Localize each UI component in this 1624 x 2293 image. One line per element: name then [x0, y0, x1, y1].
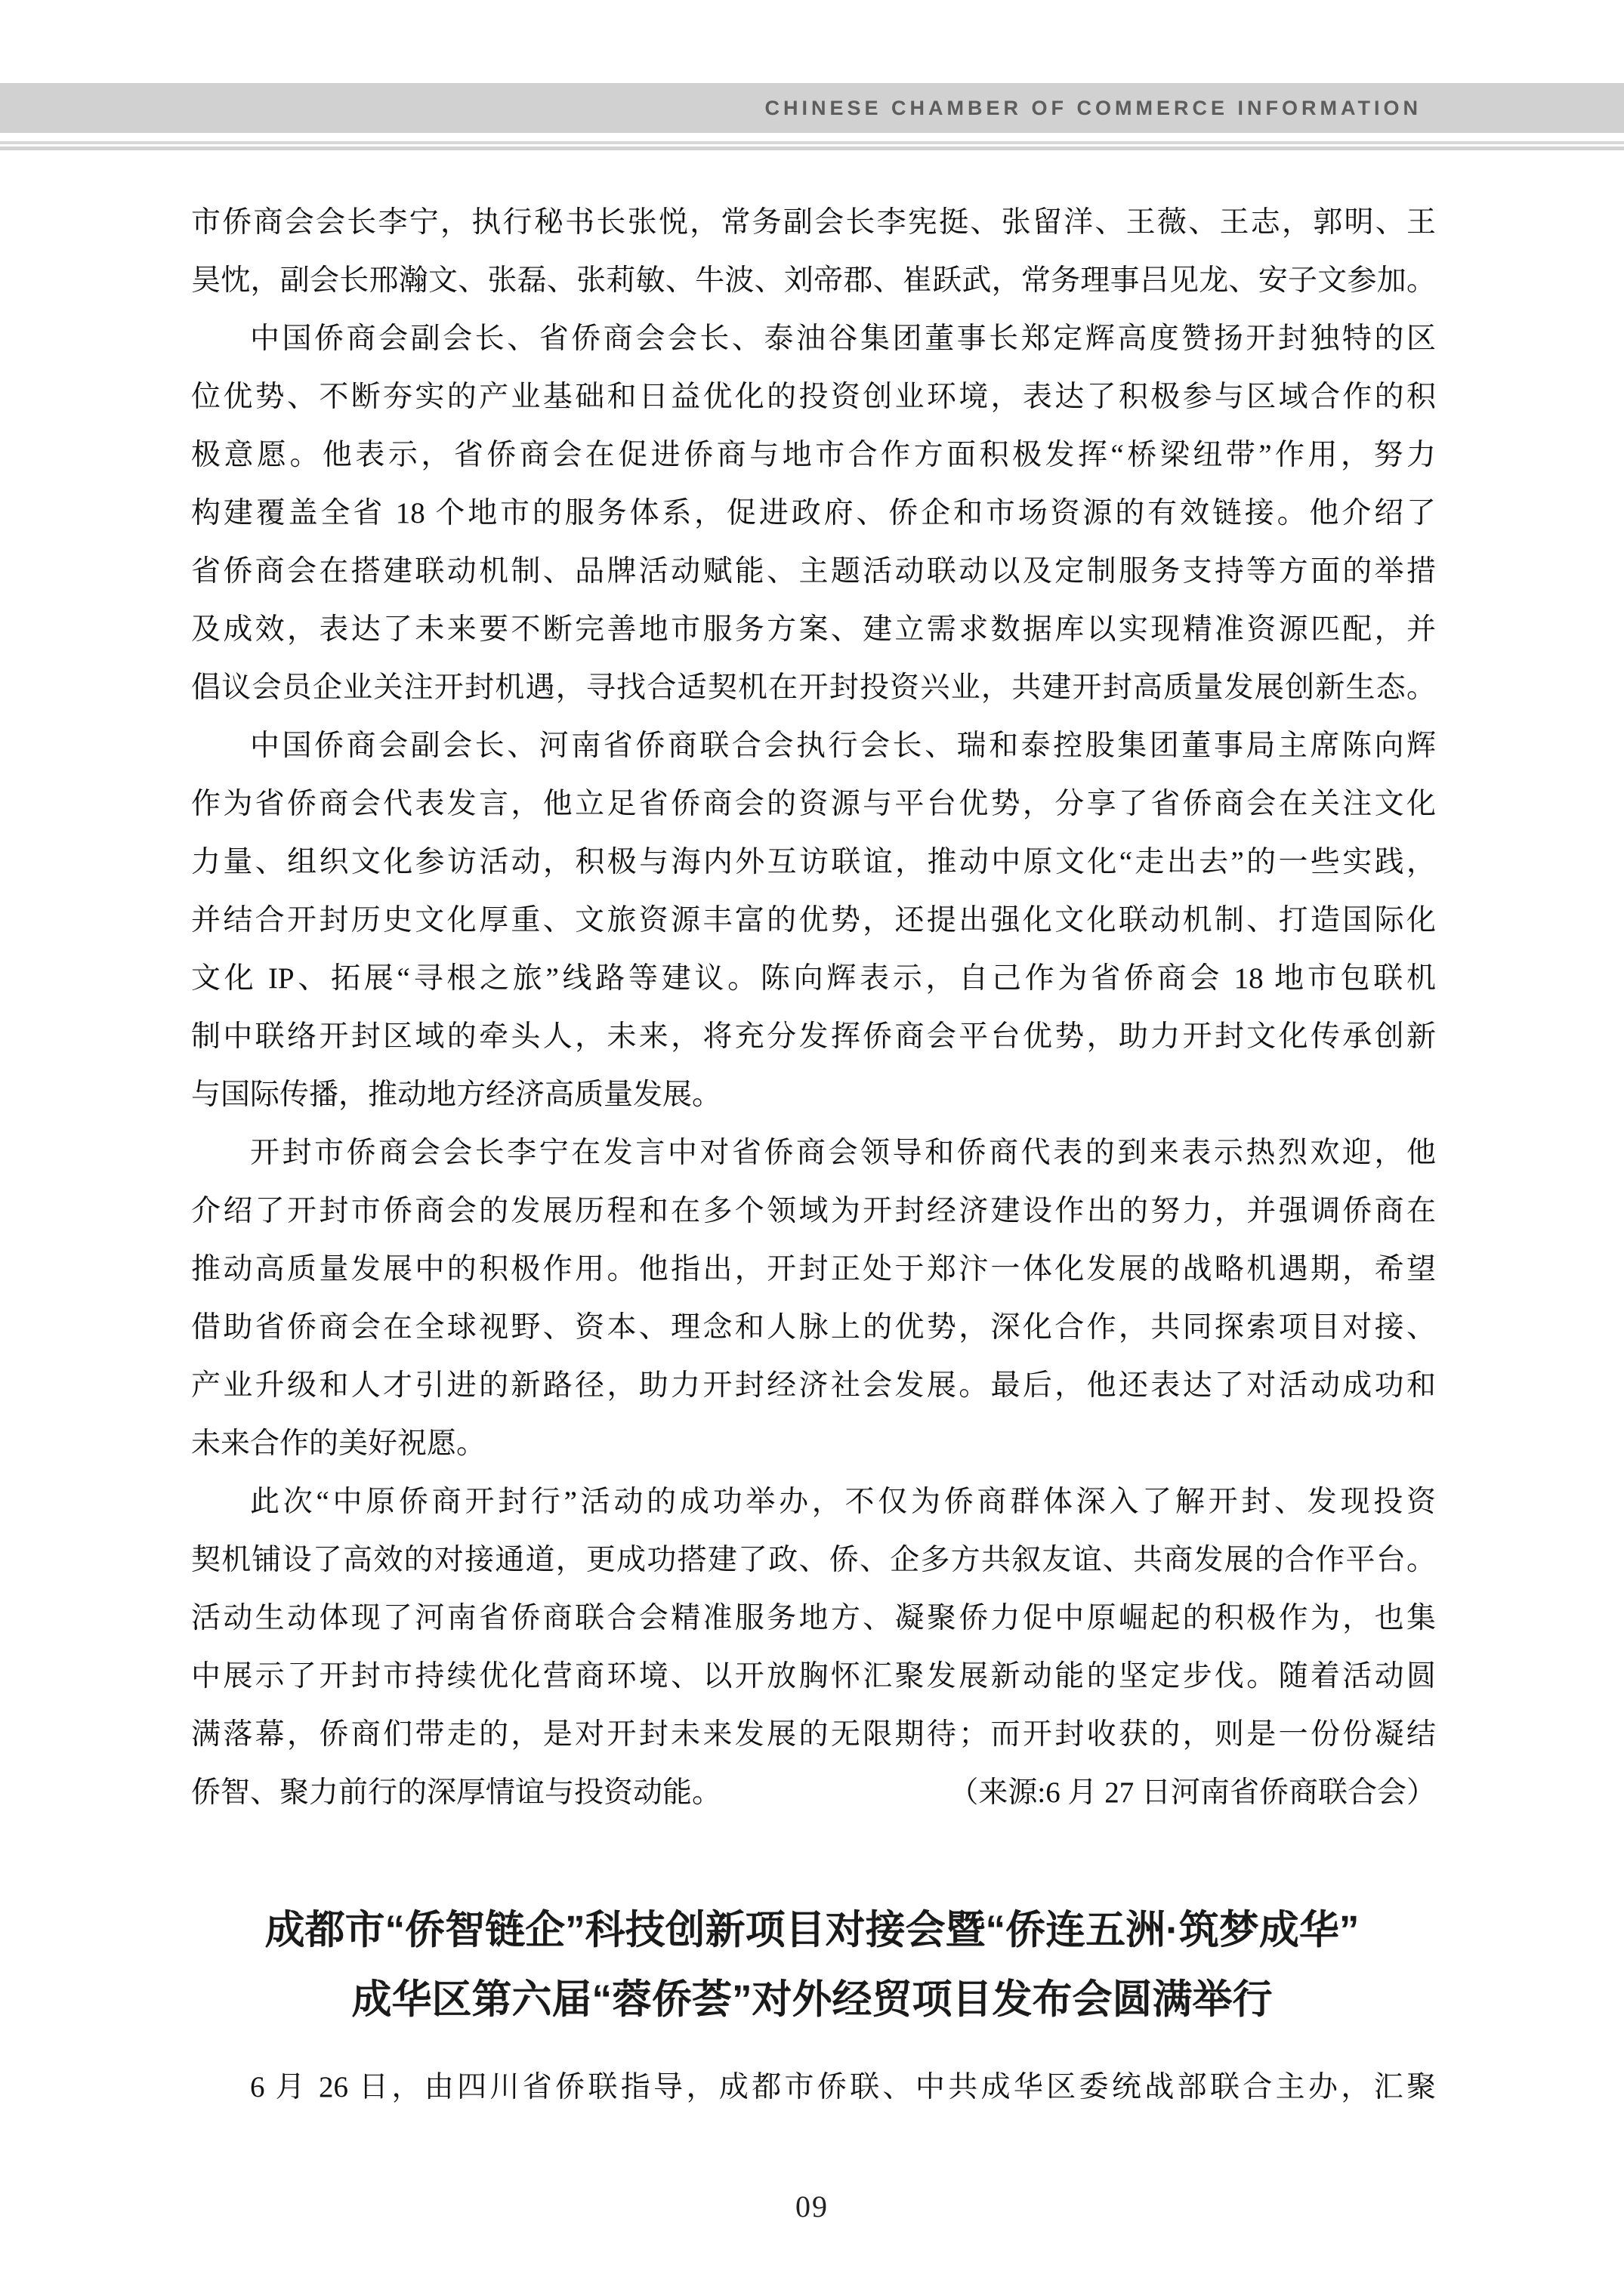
article-lines: 市侨商会会长李宁，执行秘书长张悦，常务副会长李宪挺、张留洋、王薇、王志，郭明、王…	[191, 193, 1436, 1764]
article-text-line: 与国际传播，推动地方经济高质量发展。	[191, 1066, 1436, 1124]
article-text-line: 未来合作的美好祝愿。	[191, 1415, 1436, 1473]
header-banner-text: CHINESE CHAMBER OF COMMERCE INFORMATION	[765, 97, 1422, 120]
article-text-line: 市侨商会会长李宁，执行秘书长张悦，常务副会长李宪挺、张留洋、王薇、王志，郭明、王	[191, 193, 1436, 252]
article-text-line: 此次“中原侨商开封行”活动的成功举办，不仅为侨商群体深入了解开封、发现投资	[191, 1473, 1436, 1531]
article-text-line: 作为省侨商会代表发言，他立足省侨商会的资源与平台优势，分享了省侨商会在关注文化	[191, 775, 1436, 833]
article-text-line: 并结合开封历史文化厚重、文旅资源丰富的优势，还提出强化文化联动机制、打造国际化	[191, 891, 1436, 949]
next-article-title: 成都市“侨智链企”科技创新项目对接会暨“侨连五洲·筑梦成华” 成华区第六届“蓉侨…	[178, 1896, 1446, 2035]
article-text-line: 及成效，表达了未来要不断完善地市服务方案、建立需求数据库以实现精准资源匹配，并	[191, 600, 1436, 659]
page-number: 09	[0, 2189, 1624, 2224]
header-rule	[0, 147, 1624, 150]
article-text-line: 中国侨商会副会长、省侨商会会长、泰油谷集团董事长郑定辉高度赞扬开封独特的区	[191, 310, 1436, 368]
article-text-line: 极意愿。他表示，省侨商会在促进侨商与地市合作方面积极发挥“桥梁纽带”作用，努力	[191, 426, 1436, 484]
article-text-line: 活动生动体现了河南省侨商联合会精准服务地方、凝聚侨力促中原崛起的积极作为，也集	[191, 1589, 1436, 1647]
article-text-line: 中国侨商会副会长、河南省侨商联合会执行会长、瑞和泰控股集团董事局主席陈向辉	[191, 717, 1436, 775]
article-text-line: 位优势、不断夯实的产业基础和日益优化的投资创业环境，表达了积极参与区域合作的积	[191, 368, 1436, 426]
next-article-first-line: 6 月 26 日，由四川省侨联指导，成都市侨联、中共成华区委统战部联合主办，汇聚	[191, 2058, 1436, 2116]
article-text-line: 倡议会员企业关注开封机遇，寻找合适契机在开封投资兴业，共建开封高质量发展创新生态…	[191, 659, 1436, 717]
article-text-line: 介绍了开封市侨商会的发展历程和在多个领域为开封经济建设作出的努力，并强调侨商在	[191, 1182, 1436, 1240]
article-text-line: 契机铺设了高效的对接通道，更成功搭建了政、侨、企多方共叙友谊、共商发展的合作平台…	[191, 1531, 1436, 1589]
article-text-line: 力量、组织文化参访活动，积极与海内外互访联谊，推动中原文化“走出去”的一些实践，	[191, 833, 1436, 891]
header-banner: CHINESE CHAMBER OF COMMERCE INFORMATION	[0, 83, 1624, 133]
article-text-line: 借助省侨商会在全球视野、资本、理念和人脉上的优势，深化合作，共同探索项目对接、	[191, 1298, 1436, 1356]
article-text-line: 文化 IP、拓展“寻根之旅”线路等建议。陈向辉表示，自己作为省侨商会 18 地市…	[191, 949, 1436, 1008]
header-rule	[0, 141, 1624, 144]
article-text-line: 中展示了开封市持续优化营商环境、以开放胸怀汇聚发展新动能的坚定步伐。随着活动圆	[191, 1647, 1436, 1705]
next-article-title-line-1: 成都市“侨智链企”科技创新项目对接会暨“侨连五洲·筑梦成华”	[178, 1896, 1446, 1965]
article-text-line: 构建覆盖全省 18 个地市的服务体系，促进政府、侨企和市场资源的有效链接。他介绍…	[191, 484, 1436, 542]
article-last-line-text: 侨智、聚力前行的深厚情谊与投资动能。	[191, 1764, 721, 1822]
next-article-title-line-2: 成华区第六届“蓉侨荟”对外经贸项目发布会圆满举行	[178, 1965, 1446, 2035]
article-text-line: 制中联络开封区域的牵头人，未来，将充分发挥侨商会平台优势，助力开封文化传承创新	[191, 1008, 1436, 1066]
article-text-line: 省侨商会在搭建联动机制、品牌活动赋能、主题活动联动以及定制服务支持等方面的举措	[191, 542, 1436, 600]
article-text-line: 昊忱，副会长邢瀚文、张磊、张莉敏、牛波、刘帝郡、崔跃武，常务理事吕见龙、安子文参…	[191, 252, 1436, 310]
article-source-text: （来源:6 月 27 日河南省侨商联合会）	[949, 1764, 1436, 1822]
article-text-line: 满落幕，侨商们带走的，是对开封未来发展的无限期待；而开封收获的，则是一份份凝结	[191, 1705, 1436, 1764]
article-body: 市侨商会会长李宁，执行秘书长张悦，常务副会长李宪挺、张留洋、王薇、王志，郭明、王…	[191, 193, 1436, 1822]
article-last-line: 侨智、聚力前行的深厚情谊与投资动能。 （来源:6 月 27 日河南省侨商联合会）	[191, 1764, 1436, 1822]
article-text-line: 推动高质量发展中的积极作用。他指出，开封正处于郑汴一体化发展的战略机遇期，希望	[191, 1240, 1436, 1298]
document-page: CHINESE CHAMBER OF COMMERCE INFORMATION …	[0, 0, 1624, 2293]
article-text-line: 产业升级和人才引进的新路径，助力开封经济社会发展。最后，他还表达了对活动成功和	[191, 1356, 1436, 1415]
article-text-line: 开封市侨商会会长李宁在发言中对省侨商会领导和侨商代表的到来表示热烈欢迎，他	[191, 1124, 1436, 1182]
